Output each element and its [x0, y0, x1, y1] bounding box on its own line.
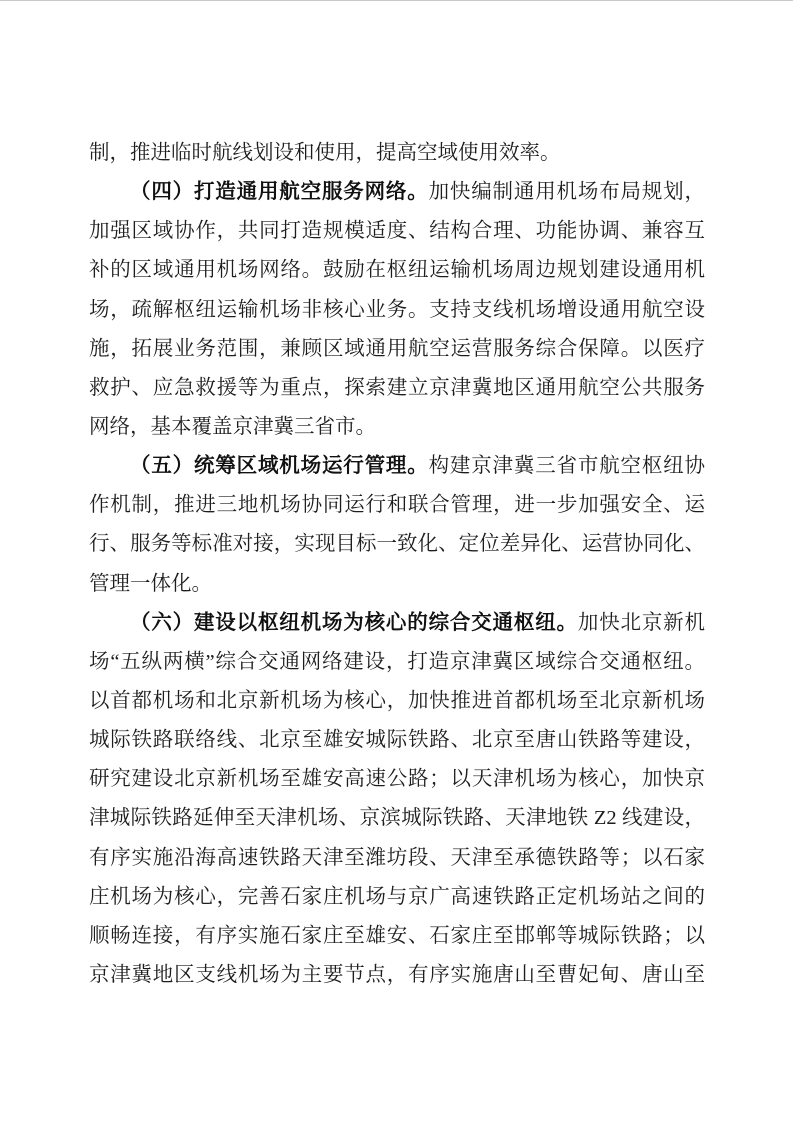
- body-text: 津城际铁路延伸至天津机场、京滨城际铁路、天津地铁 Z2 线建设，: [89, 807, 705, 829]
- text-line: 场“五纵两横”综合交通网络建设，打造京津冀区域综合交通枢纽。: [89, 643, 705, 682]
- text-line: 研究建设北京新机场至雄安高速公路；以天津机场为核心，加快京: [89, 760, 705, 799]
- text-line: 补的区域通用机场网络。鼓励在枢纽运输机场周边规划建设通用机: [89, 251, 705, 290]
- body-text: 场“五纵两横”综合交通网络建设，打造京津冀区域综合交通枢纽。: [89, 651, 705, 673]
- text-line: （四）打造通用航空服务网络。加快编制通用机场布局规划，: [89, 173, 705, 212]
- text-line: 管理一体化。: [89, 565, 705, 604]
- body-text: 网络，基本覆盖京津冀三省市。: [89, 416, 376, 438]
- text-line: 施，拓展业务范围，兼顾区域通用航空运营服务综合保障。以医疗: [89, 330, 705, 369]
- body-text: 行、服务等标准对接，实现目标一致化、定位差异化、运营协同化、: [89, 533, 705, 555]
- body-text: 作机制，推进三地机场协同运行和联合管理，进一步加强安全、运: [89, 494, 705, 516]
- body-text: 施，拓展业务范围，兼顾区域通用航空运营服务综合保障。以医疗: [89, 338, 705, 360]
- text-line: 加强区域协作，共同打造规模适度、结构合理、功能协调、兼容互: [89, 212, 705, 251]
- text-line: 津城际铁路延伸至天津机场、京滨城际铁路、天津地铁 Z2 线建设，: [89, 799, 705, 838]
- text-line: 行、服务等标准对接，实现目标一致化、定位差异化、运营协同化、: [89, 525, 705, 564]
- body-text: 庄机场为核心，完善石家庄机场与京广高速铁路正定机场站之间的: [89, 886, 705, 908]
- text-line: 城际铁路联络线、北京至雄安城际铁路、北京至唐山铁路等建设，: [89, 721, 705, 760]
- text-line: 京津冀地区支线机场为主要节点，有序实施唐山至曹妃甸、唐山至: [89, 956, 705, 995]
- text-line: 救护、应急救援等为重点，探索建立京津冀地区通用航空公共服务: [89, 369, 705, 408]
- body-text: 有序实施沿海高速铁路天津至潍坊段、天津至承德铁路等；以石家: [89, 847, 705, 869]
- text-line: 以首都机场和北京新机场为核心，加快推进首都机场至北京新机场: [89, 682, 705, 721]
- body-text: 制，推进临时航线划设和使用，提高空域使用效率。: [89, 142, 561, 164]
- section-heading: （四）打造通用航空服务网络。: [130, 181, 429, 203]
- body-text: 救护、应急救援等为重点，探索建立京津冀地区通用航空公共服务: [89, 377, 705, 399]
- section-heading: （六）建设以枢纽机场为核心的综合交通枢纽。: [130, 612, 578, 634]
- text-line: 有序实施沿海高速铁路天津至潍坊段、天津至承德铁路等；以石家: [89, 839, 705, 878]
- text-line: 庄机场为核心，完善石家庄机场与京广高速铁路正定机场站之间的: [89, 878, 705, 917]
- body-text: 补的区域通用机场网络。鼓励在枢纽运输机场周边规划建设通用机: [89, 259, 705, 281]
- body-text: 加快北京新机: [578, 612, 705, 634]
- body-text: 城际铁路联络线、北京至雄安城际铁路、北京至唐山铁路等建设，: [89, 729, 705, 751]
- body-text: 加强区域协作，共同打造规模适度、结构合理、功能协调、兼容互: [89, 220, 705, 242]
- text-line: 网络，基本覆盖京津冀三省市。: [89, 408, 705, 447]
- section-heading: （五）统筹区域机场运行管理。: [130, 455, 429, 477]
- document-body: 制，推进临时航线划设和使用，提高空域使用效率。（四）打造通用航空服务网络。加快编…: [89, 134, 705, 995]
- body-text: 场，疏解枢纽运输机场非核心业务。支持支线机场增设通用航空设: [89, 299, 705, 321]
- body-text: 研究建设北京新机场至雄安高速公路；以天津机场为核心，加快京: [89, 768, 705, 790]
- text-line: 顺畅连接，有序实施石家庄至雄安、石家庄至邯郸等城际铁路；以: [89, 917, 705, 956]
- text-line: 制，推进临时航线划设和使用，提高空域使用效率。: [89, 134, 705, 173]
- text-line: （六）建设以枢纽机场为核心的综合交通枢纽。加快北京新机: [89, 604, 705, 643]
- page-top-edge: [0, 0, 793, 1]
- body-text: 加快编制通用机场布局规划，: [429, 181, 705, 203]
- body-text: 管理一体化。: [89, 573, 212, 595]
- text-line: 场，疏解枢纽运输机场非核心业务。支持支线机场增设通用航空设: [89, 291, 705, 330]
- text-line: （五）统筹区域机场运行管理。构建京津冀三省市航空枢纽协: [89, 447, 705, 486]
- body-text: 顺畅连接，有序实施石家庄至雄安、石家庄至邯郸等城际铁路；以: [89, 925, 705, 947]
- body-text: 构建京津冀三省市航空枢纽协: [429, 455, 705, 477]
- text-line: 作机制，推进三地机场协同运行和联合管理，进一步加强安全、运: [89, 486, 705, 525]
- document-page: 制，推进临时航线划设和使用，提高空域使用效率。（四）打造通用航空服务网络。加快编…: [0, 0, 793, 1122]
- body-text: 以首都机场和北京新机场为核心，加快推进首都机场至北京新机场: [89, 690, 705, 712]
- body-text: 京津冀地区支线机场为主要节点，有序实施唐山至曹妃甸、唐山至: [89, 964, 705, 986]
